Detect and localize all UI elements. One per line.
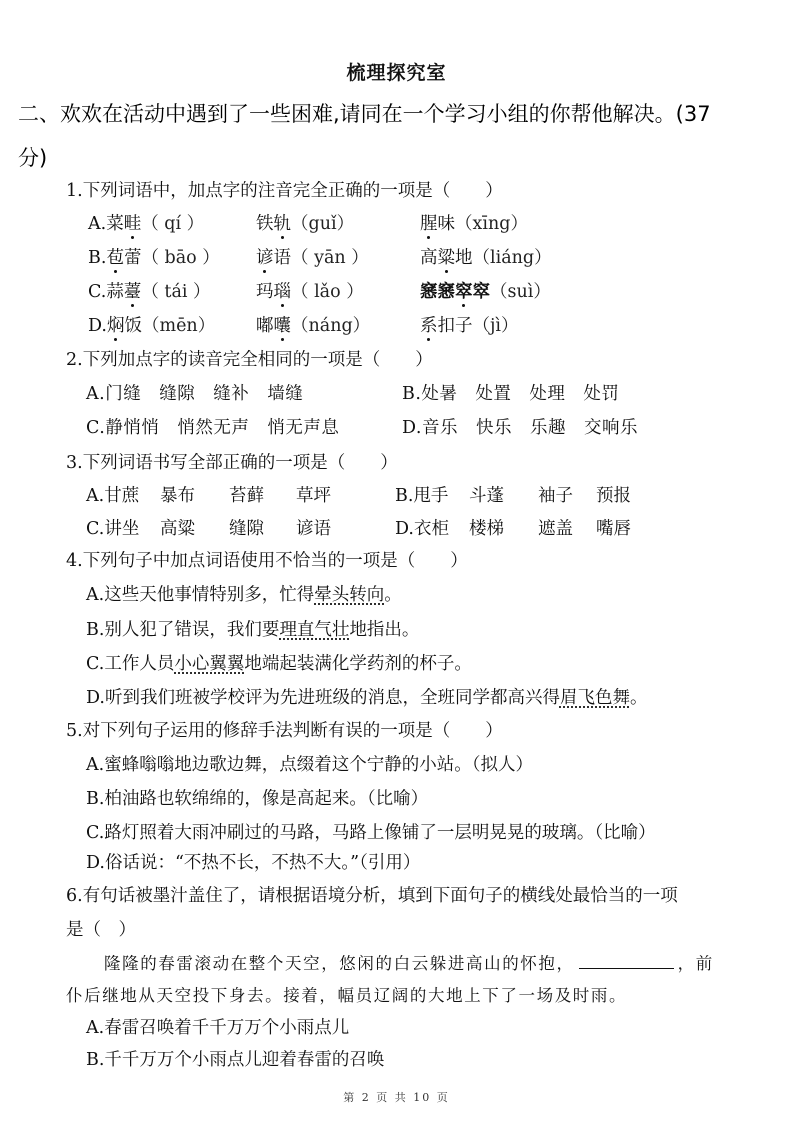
q3-d-word-2: 楼梯 [469,515,504,540]
fill-in-blank [579,954,674,969]
q3-b-word-1: B.甩手 [395,482,448,507]
question-2-option-d: D.音乐 快乐 乐趣 交响乐 [402,414,638,439]
question-6-passage-line2: 仆后继地从天空投下身去。接着，幅员辽阔的大地上下了一场及时雨。 [66,982,627,1006]
question-6-option-a: A.春雷召唤着千千万万个小雨点儿 [86,1014,349,1039]
q1-d-item-2: 嘟囔（náng） [256,312,370,337]
dotted-phrase: 晕头转向 [314,585,384,605]
q3-b-word-4: 预报 [596,482,631,507]
q3-c-word-3: 缝隙 [229,515,264,540]
q1-d-item-1: D.焖饭（mēn） [88,312,215,337]
dotted-phrase: 小心翼翼 [174,654,244,674]
question-6-passage-line1: 隆隆的春雷滚动在整个天空，悠闲的白云躲进高山的怀抱，，前 [104,950,714,974]
page-footer: 第 2 页 共 10 页 [0,1089,793,1105]
q1-b-item-1: B.苞蕾（ bāo ） [88,244,220,269]
question-1-stem: 1.下列词语中，加点字的注音完全正确的一项是（ ） [66,177,503,202]
q1-b-item-2: 谚语（ yān ） [256,244,369,269]
q3-a-word-1: A.甘蔗 [86,482,139,507]
q1-d-item-3: 系扣子（jì） [420,312,519,337]
question-4-stem: 4.下列句子中加点词语使用不恰当的一项是（ ） [66,547,468,572]
question-2-option-a: A.门缝 缝隙 缝补 墙缝 [86,380,303,405]
q1-a-item-1: A.菜畦（ qí ） [88,210,204,235]
page-title: 梳理探究室 [0,58,793,85]
question-2-option-c: C.静悄悄 悄然无声 悄无声息 [86,414,339,439]
question-6-stem-line1: 6.有句话被墨汁盖住了，请根据语境分析，填到下面句子的横线处最恰当的一项 [66,882,678,907]
q3-d-word-4: 嘴唇 [596,515,631,540]
question-6-option-b: B.千千万万个小雨点儿迎着春雷的召唤 [86,1046,384,1071]
q3-c-word-4: 谚语 [296,515,331,540]
q3-d-word-3: 遮盖 [538,515,573,540]
question-3-stem: 3.下列词语书写全部正确的一项是（ ） [66,449,398,474]
q3-c-word-1: C.讲坐 [86,515,139,540]
question-2-stem: 2.下列加点字的读音完全相同的一项是（ ） [66,346,433,371]
dotted-phrase: 眉飞色舞 [560,688,630,708]
q3-b-word-3: 袖子 [538,482,573,507]
question-6-stem-line2: 是（ ） [66,916,136,941]
section-heading-line2: 分) [18,142,47,172]
question-5-stem: 5.对下列句子运用的修辞手法判断有误的一项是（ ） [66,717,503,742]
q3-a-word-2: 暴布 [160,482,195,507]
q1-b-item-3: 高粱地（liáng） [420,244,552,269]
q3-a-word-4: 草坪 [296,482,331,507]
question-4-option-a: A.这些天他事情特别多，忙得晕头转向。 [86,581,402,606]
q1-c-item-2: 玛瑙（ lǎo ） [256,278,364,303]
question-4-option-b: B.别人犯了错误，我们要理直气壮地指出。 [86,616,419,641]
q1-a-item-3: 腥味（xīng） [420,210,528,235]
question-4-option-d: D.听到我们班被学校评为先进班级的消息，全班同学都高兴得眉飞色舞。 [86,684,647,709]
dotted-phrase: 理直气壮 [279,620,349,640]
q3-d-word-1: D.衣柜 [395,515,449,540]
question-5-option-c: C.路灯照着大雨冲刷过的马路，马路上像铺了一层明晃晃的玻璃。（比喻） [86,819,656,844]
q3-a-word-3: 苔藓 [229,482,264,507]
q1-c-item-1: C.蒜薹（ tái ） [88,278,211,303]
question-5-option-b: B.柏油路也软绵绵的，像是高起来。（比喻） [86,785,428,810]
q3-c-word-2: 高粱 [160,515,195,540]
question-5-option-a: A.蜜蜂嗡嗡地边歌边舞，点缀着这个宁静的小站。（拟人） [86,751,533,776]
q1-c-item-3: 窸窸窣窣（suì） [420,278,551,303]
q3-b-word-2: 斗蓬 [469,482,504,507]
q1-a-item-2: 铁轨（guǐ） [256,210,354,235]
question-5-option-d: D.俗话说：“不热不长，不热不大。”（引用） [86,849,420,874]
question-2-option-b: B.处暑 处置 处理 处罚 [402,380,619,405]
question-4-option-c: C.工作人员小心翼翼地端起装满化学药剂的杯子。 [86,650,472,675]
section-heading-line1: 二、欢欢在活动中遇到了一些困难,请同在一个学习小组的你帮他解决。(37 [18,98,711,128]
